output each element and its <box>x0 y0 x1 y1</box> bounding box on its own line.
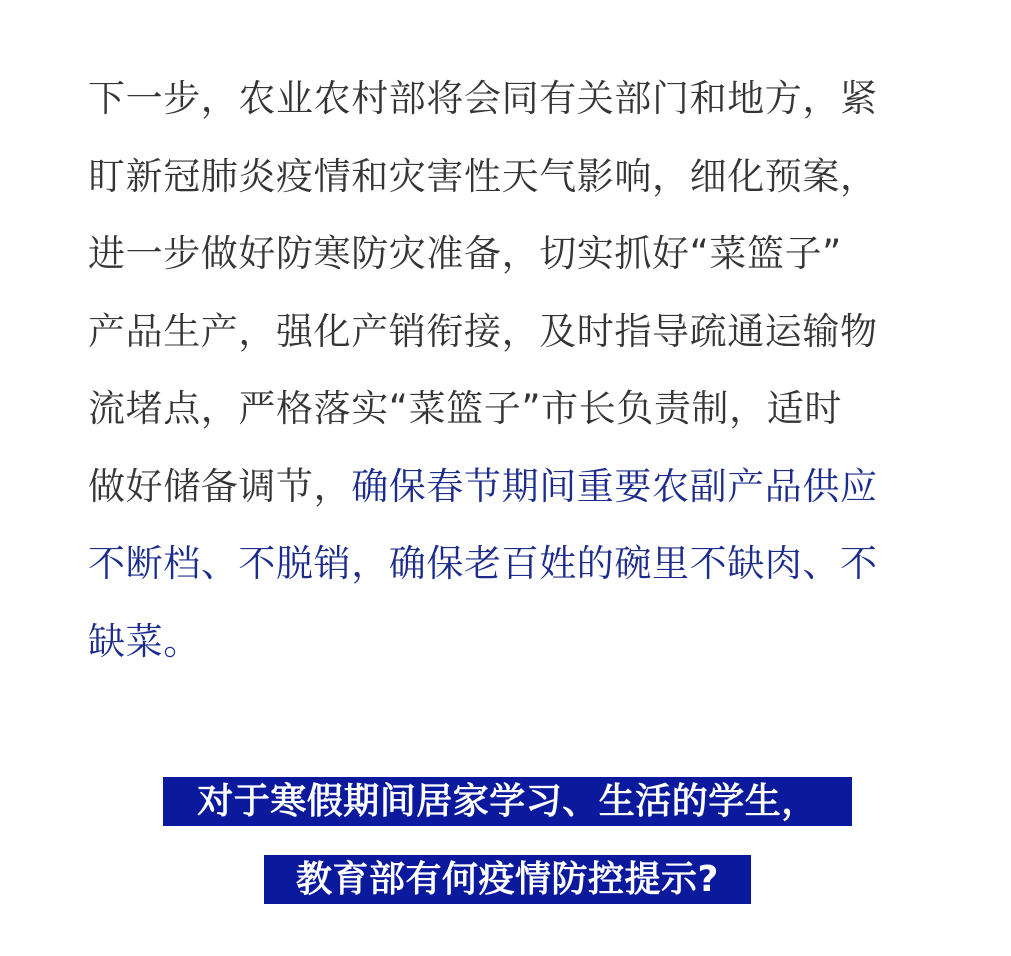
question-heading-line-2: 教育部有何疫情防控提示? <box>264 855 751 904</box>
article-paragraph: 下一步，农业农村部将会同有关部门和地方，紧 盯新冠肺炎疫情和灾害性天气影响，细化… <box>88 60 930 680</box>
question-heading-line-1: 对于寒假期间居家学习、生活的学生， <box>163 777 852 826</box>
paragraph-line-2: 盯新冠肺炎疫情和灾害性天气影响，细化预案， <box>88 138 930 216</box>
line-text: 做好储备调节， <box>88 465 351 508</box>
highlighted-text: 不断档、不脱销，确保老百姓的碗里不缺肉、不 <box>88 542 878 585</box>
highlighted-text: 确保春节期间重要农副产品供应 <box>351 465 877 508</box>
paragraph-line-3: 进一步做好防寒防灾准备，切实抓好“菜篮子” <box>88 215 930 293</box>
paragraph-line-6: 做好储备调节，确保春节期间重要农副产品供应 <box>88 448 930 526</box>
highlighted-text: 缺菜。 <box>88 620 201 663</box>
line-text: 流堵点，严格落实“菜篮子”市长负责制，适时 <box>88 387 842 430</box>
line-text: 盯新冠肺炎疫情和灾害性天气影响，细化预案， <box>88 155 878 198</box>
paragraph-line-1: 下一步，农业农村部将会同有关部门和地方，紧 <box>88 60 930 138</box>
line-text: 产品生产，强化产销衔接，及时指导疏通运输物 <box>88 310 878 353</box>
question-text: 对于寒假期间居家学习、生活的学生， <box>197 781 818 822</box>
question-text: 教育部有何疫情防控提示? <box>296 859 719 900</box>
line-text: 下一步，农业农村部将会同有关部门和地方，紧 <box>88 77 878 120</box>
line-text: 进一步做好防寒防灾准备，切实抓好“菜篮子” <box>88 232 842 275</box>
paragraph-line-8: 缺菜。 <box>88 603 930 681</box>
paragraph-line-4: 产品生产，强化产销衔接，及时指导疏通运输物 <box>88 293 930 371</box>
paragraph-line-5: 流堵点，严格落实“菜篮子”市长负责制，适时 <box>88 370 930 448</box>
paragraph-line-7: 不断档、不脱销，确保老百姓的碗里不缺肉、不 <box>88 525 930 603</box>
